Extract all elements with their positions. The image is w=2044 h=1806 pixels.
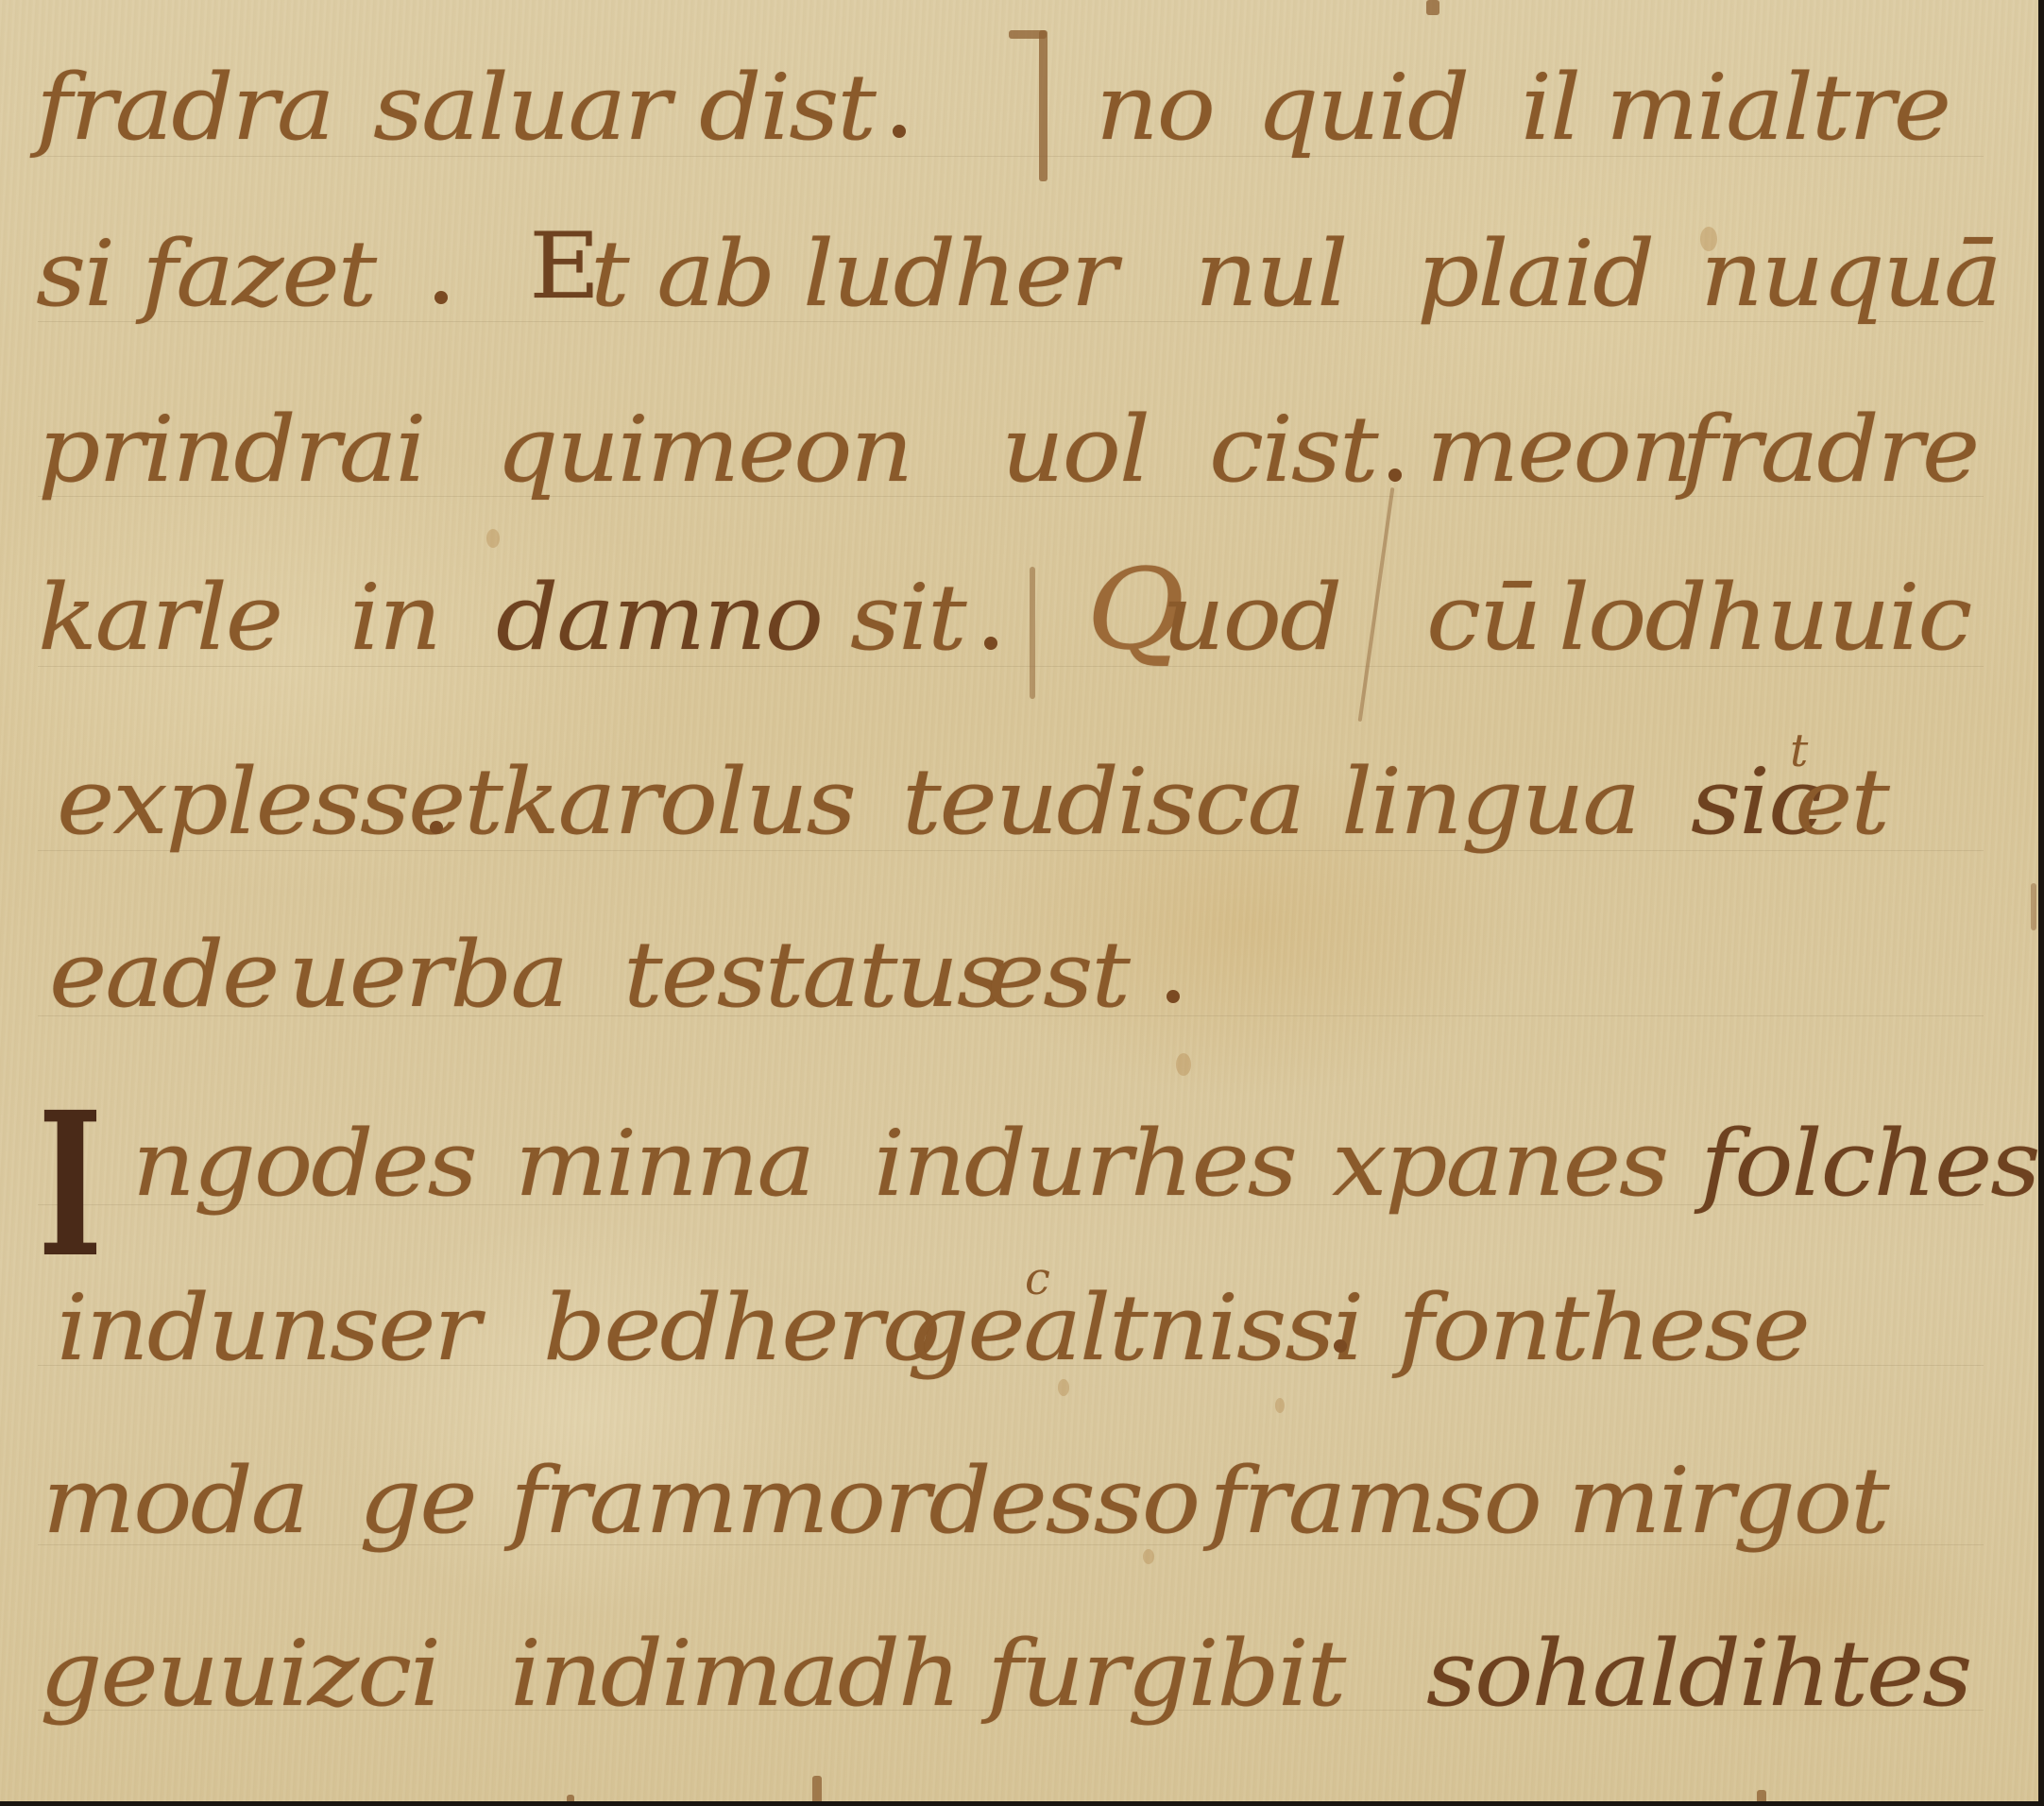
word: frammordesso [510, 1456, 1199, 1546]
manuscript-line-7: I ngodes minna indurhes xpanes folches [0, 1086, 2031, 1218]
margin-mark [2031, 883, 2036, 930]
word: plaid [1417, 229, 1653, 319]
word: karolus [501, 757, 855, 847]
word: uerba [288, 929, 567, 1020]
word: fonthese [1398, 1283, 1809, 1373]
manuscript-line-10: geuuizci indimadh furgibit sohaldihtes [0, 1606, 2031, 1738]
manuscript-line-5: explesset karolus teudisca lingua sic t … [0, 732, 2031, 864]
word: lingua [1341, 757, 1639, 847]
paragraph-mark [1030, 567, 1035, 699]
punctus [434, 291, 448, 304]
word: indurhes [874, 1118, 1296, 1209]
word: teudisca [902, 757, 1303, 847]
word: il [1521, 62, 1579, 153]
word: meon [1426, 404, 1691, 495]
manuscript-line-6: eade uerba testatus est [0, 907, 2031, 1039]
word: furgibit [987, 1628, 1344, 1719]
word: moda [43, 1456, 307, 1546]
word: sohaldihtes [1426, 1628, 1970, 1719]
word: ngodes [132, 1118, 476, 1209]
punctus [893, 125, 906, 138]
word: indimadh [510, 1628, 959, 1719]
word: t ab [590, 229, 774, 319]
word: est [987, 929, 1129, 1020]
word: fazet [142, 229, 375, 319]
word: et [1795, 757, 1888, 847]
word: ge [359, 1456, 475, 1546]
word: saluar [373, 62, 669, 153]
word: in [349, 572, 440, 663]
scan-border-bottom [0, 1801, 2044, 1806]
word: damno [496, 572, 822, 663]
word: sit [850, 572, 965, 663]
decorated-initial: I [38, 1086, 103, 1285]
manuscript-line-3: prindrai quimeon uol cist meon fradre [0, 378, 2031, 510]
word: geuuizci [40, 1628, 439, 1719]
word: minna [515, 1118, 813, 1209]
punctus [984, 637, 997, 650]
ink-fragment [1426, 0, 1439, 15]
word: uod [1162, 572, 1340, 663]
stain [1275, 1398, 1285, 1413]
paragraph-bracket [1009, 30, 1047, 39]
word: dist [699, 62, 875, 153]
manuscript-line-2: si fazet E t ab ludher nul plaid nuquā [0, 208, 2031, 340]
word: nuquā [1700, 229, 2001, 319]
word: framso [1209, 1456, 1541, 1546]
manuscript-line-1: fradra saluar dist no quid il mialtre [0, 38, 2031, 170]
word: quimeon [496, 404, 911, 495]
word: testatus [623, 929, 1005, 1020]
manuscript-line-9: moda ge frammordesso framso mirgot [0, 1431, 2031, 1563]
word: quid [1256, 62, 1468, 153]
word: mialtre [1606, 62, 1950, 153]
scan-border-right [2038, 0, 2044, 1806]
word: E [529, 221, 599, 312]
manuscript-line-4: karle in damno sit Q uod cū lodhuuic [0, 548, 2031, 680]
word: no [1096, 62, 1214, 153]
stain [1176, 1053, 1191, 1076]
paragraph-bracket [1039, 30, 1048, 181]
word: prindrai [38, 404, 424, 495]
word: xpanes [1332, 1118, 1667, 1209]
word: eade [49, 929, 278, 1020]
manuscript-line-8: indunser bedhero c gealtnissi fonthese [0, 1256, 2031, 1389]
word: fradre [1681, 404, 1978, 495]
word: cist [1209, 404, 1376, 495]
punctus [1334, 1339, 1347, 1353]
word: uol [1001, 404, 1149, 495]
word: karle [38, 572, 281, 663]
word: si [36, 229, 113, 319]
punctus [1388, 469, 1402, 482]
word: fradra [36, 62, 333, 153]
word: mirgot [1568, 1456, 1888, 1546]
word: folches [1700, 1118, 2038, 1209]
punctus [430, 821, 443, 834]
word: ludher [803, 229, 1116, 319]
punctus [1167, 990, 1180, 1003]
stain [486, 529, 500, 548]
word: nul [1195, 229, 1346, 319]
word: lodhuuic [1559, 572, 1970, 663]
word: gealtnissi [907, 1283, 1362, 1373]
word: cū [1426, 572, 1541, 663]
word: indunser [57, 1283, 479, 1373]
word: bedhero [543, 1283, 939, 1373]
